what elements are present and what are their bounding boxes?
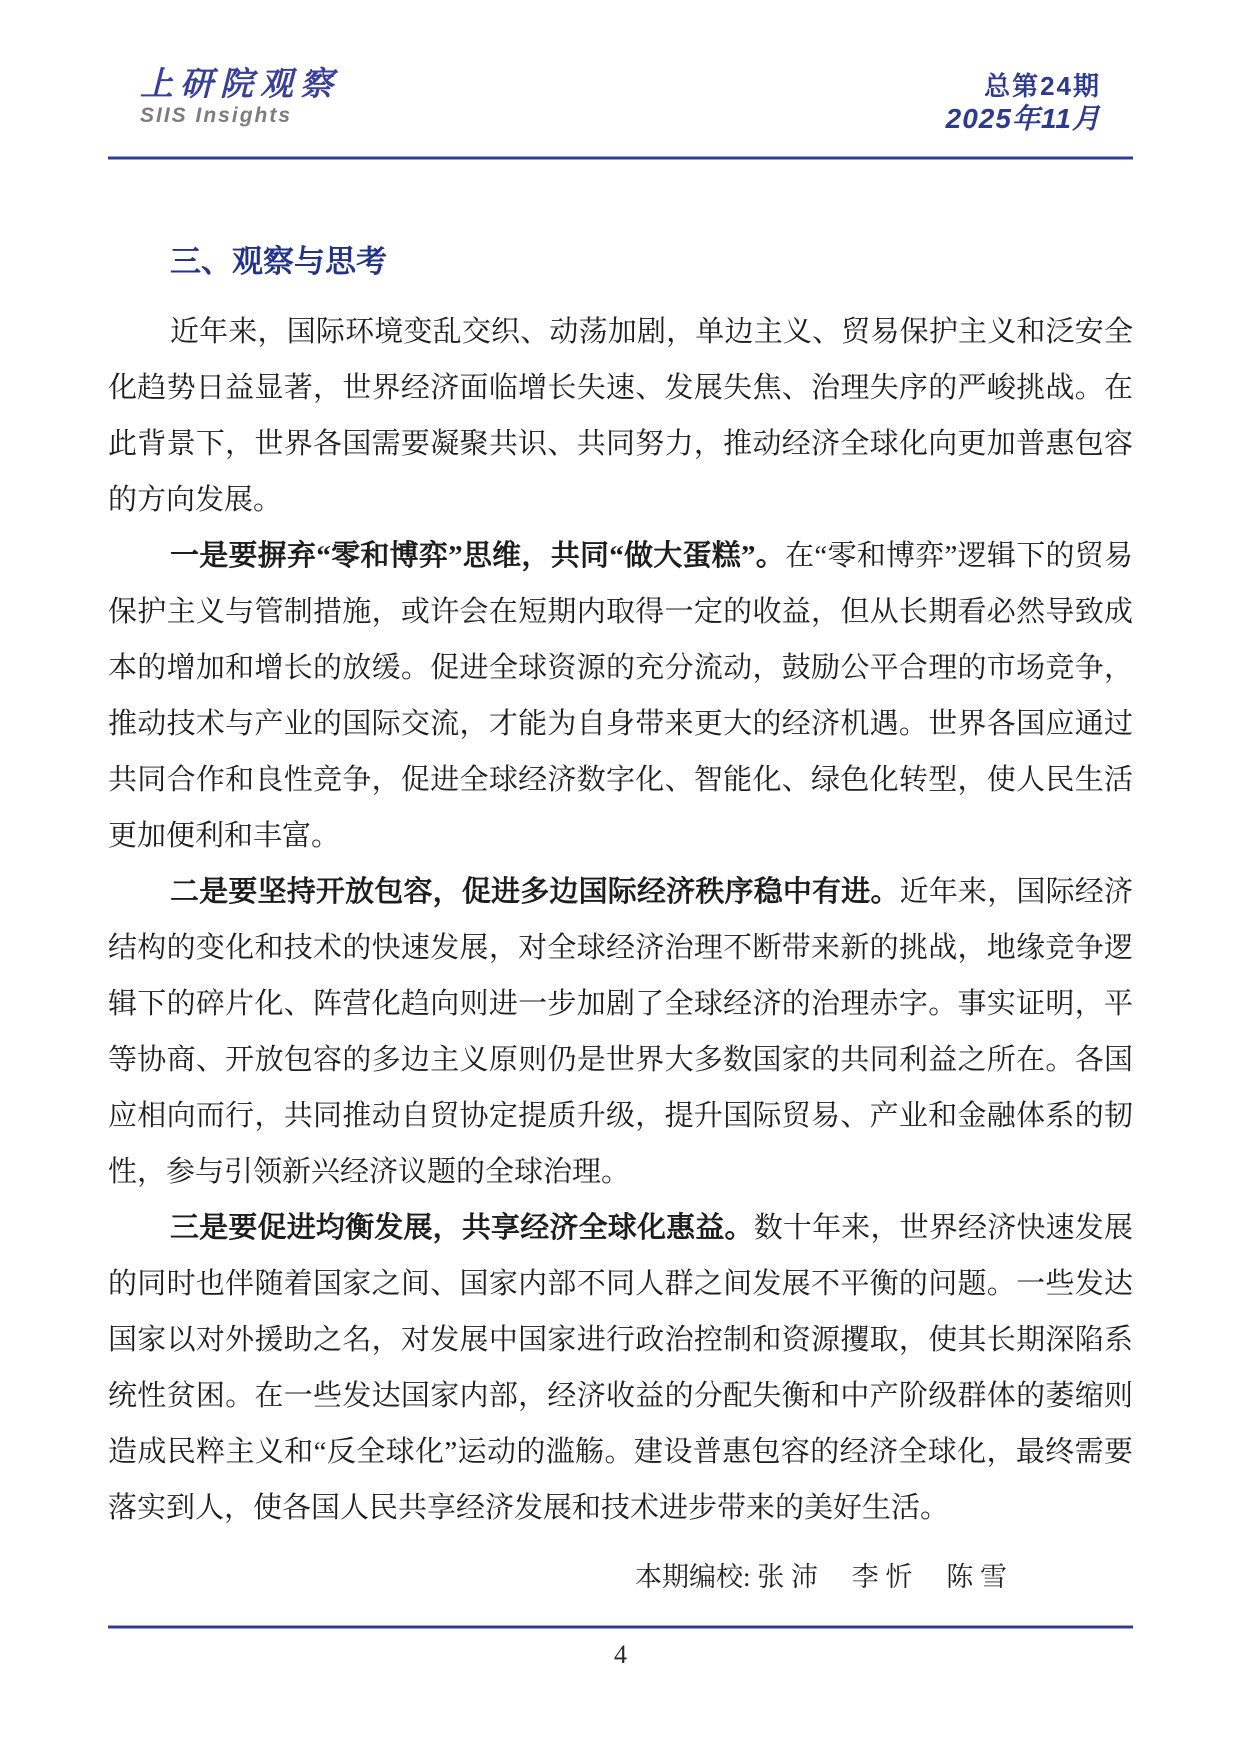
paragraph-point-one-text: 在“零和博弈”逻辑下的贸易保护主义与管制措施，或许会在短期内取得一定的收益，但从… xyxy=(108,540,1133,852)
paragraph-point-two-lead: 二是要坚持开放包容，促进多边国际经济秩序稳中有进。 xyxy=(170,876,900,908)
article-body: 三、观察与思考 近年来，国际环境变乱交织、动荡加剧，单边主义、贸易保护主义和泛安… xyxy=(108,242,1133,1536)
section-heading: 三、观察与思考 xyxy=(108,242,1133,282)
editors-credit-line: 本期编校: 张 沛 李 忻 陈 雪 xyxy=(108,1560,1007,1594)
paragraph-intro-text: 近年来，国际环境变乱交织、动荡加剧，单边主义、贸易保护主义和泛安全化趋势日益显著… xyxy=(108,316,1133,516)
paragraph-intro: 近年来，国际环境变乱交织、动荡加剧，单边主义、贸易保护主义和泛安全化趋势日益显著… xyxy=(108,304,1133,528)
issue-date: 2025年11月 xyxy=(946,102,1101,136)
paragraph-point-three-text: 数十年来，世界经济快速发展的同时也伴随着国家之间、国家内部不同人群之间发展不平衡… xyxy=(108,1212,1133,1524)
paragraph-point-one: 一是要摒弃“零和博弈”思维，共同“做大蛋糕”。在“零和博弈”逻辑下的贸易保护主义… xyxy=(108,528,1133,864)
page-number: 4 xyxy=(108,1640,1133,1670)
footer-divider-rule xyxy=(108,1625,1133,1629)
paragraph-point-two: 二是要坚持开放包容，促进多边国际经济秩序稳中有进。近年来，国际经济结构的变化和技… xyxy=(108,864,1133,1200)
paragraph-point-three-lead: 三是要促进均衡发展，共享经济全球化惠益。 xyxy=(170,1212,754,1244)
header-divider-rule xyxy=(108,156,1133,160)
logo-english-title: SIIS Insights xyxy=(140,104,340,128)
paragraph-point-three: 三是要促进均衡发展，共享经济全球化惠益。数十年来，世界经济快速发展的同时也伴随着… xyxy=(108,1200,1133,1536)
issue-info: 总第24期 2025年11月 xyxy=(946,70,1101,136)
document-page: 上研院观察 SIIS Insights 总第24期 2025年11月 三、观察与… xyxy=(0,0,1241,1754)
logo-chinese-title: 上研院观察 xyxy=(140,66,340,102)
paragraph-point-one-lead: 一是要摒弃“零和博弈”思维，共同“做大蛋糕”。 xyxy=(170,540,785,572)
publication-logo: 上研院观察 SIIS Insights xyxy=(140,66,340,128)
issue-number: 总第24期 xyxy=(946,70,1101,102)
paragraph-point-two-text: 近年来，国际经济结构的变化和技术的快速发展，对全球经济治理不断带来新的挑战，地缘… xyxy=(108,876,1133,1188)
